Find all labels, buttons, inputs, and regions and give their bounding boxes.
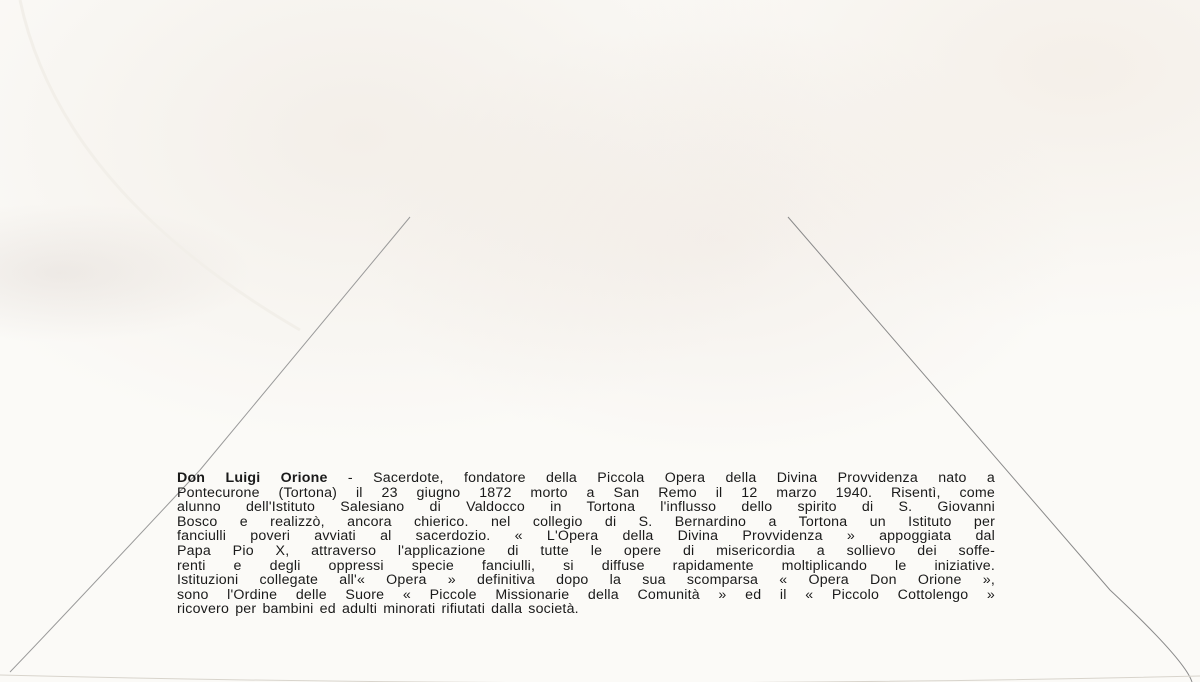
- biography-line: fanciulli poveri avviati al sacerdozio. …: [177, 529, 995, 544]
- envelope-back: Don Luigi Orione - Sacerdote, fondatore …: [0, 0, 1200, 682]
- biography-line: sono l'Ordine delle Suore « Piccole Miss…: [177, 588, 995, 603]
- biography-line: Bosco e realizzò, ancora chierico. nel c…: [177, 515, 995, 530]
- biography-line: Don Luigi Orione - Sacerdote, fondatore …: [177, 471, 995, 486]
- biography-line: alunno dell'Istituto Salesiano di Valdoc…: [177, 500, 995, 515]
- biography-line: Pontecurone (Tortona) il 23 giugno 1872 …: [177, 486, 995, 501]
- biography-line: Istituzioni collegate all'« Opera » defi…: [177, 573, 995, 588]
- biography-line: ricovero per bambini ed adulti minorati …: [177, 602, 995, 617]
- biography-name: Don Luigi Orione: [177, 470, 328, 486]
- biography-line: Papa Pio X, attraverso l'applicazione di…: [177, 544, 995, 559]
- biography-text: Don Luigi Orione - Sacerdote, fondatore …: [177, 471, 995, 617]
- biography-line: renti e degli oppressi specie fanciulli,…: [177, 559, 995, 574]
